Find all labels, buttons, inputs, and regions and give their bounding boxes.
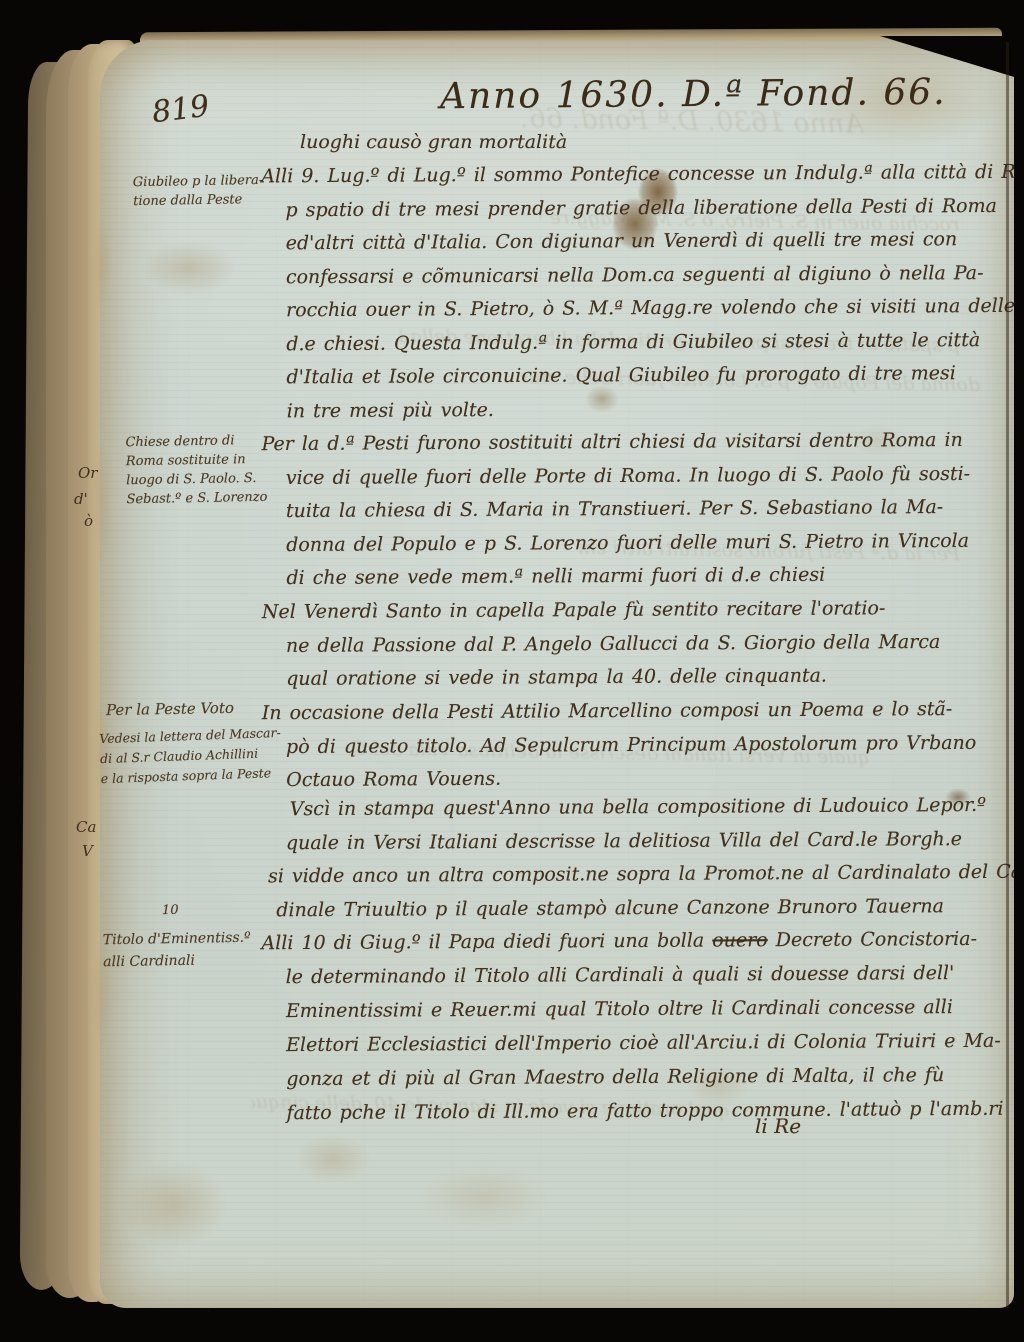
- text-line: tuita la chiesa di S. Maria in Transtiue…: [262, 491, 970, 529]
- text-line: d.e chiesi. Questa Indulg.ª in forma di …: [262, 323, 1024, 361]
- text-line: pò di questo titolo. Ad Sepulcrum Princi…: [262, 726, 976, 764]
- paragraph-giubileo: Alli 9. Lug.º di Lug.º il sommo Pontefic…: [261, 156, 1024, 429]
- text-line: Alli 9. Lug.º di Lug.º il sommo Pontefic…: [261, 156, 1024, 194]
- margin-note-line: alli Cardinali: [103, 949, 251, 974]
- scan-bottom-border: [0, 1312, 1024, 1342]
- text-segment: Decreto Concistoria-: [768, 928, 977, 951]
- text-segment: Alli 10 di Giug.º il Papa diedi fuori un…: [261, 930, 712, 955]
- text-line: Vscì in stampa quest'Anno una bella comp…: [262, 789, 1024, 827]
- margin-note-peste-voto-title: Per la Peste Voto: [106, 699, 234, 720]
- paragraph-titolo-cardinali: Alli 10 di Giug.º il Papa diedi fuori un…: [261, 922, 1003, 1131]
- margin-note-line: Chiese dentro di: [125, 431, 266, 452]
- text-line: ed'altri città d'Italia. Con digiunar un…: [262, 223, 1024, 261]
- margin-note-line: Sebast.º e S. Lorenzo: [126, 488, 267, 509]
- margin-note-line: Titolo d'Eminentiss.º: [103, 927, 251, 952]
- page-edge-stack-1: [20, 62, 79, 1290]
- paragraph-venerdi-santo: Nel Venerdì Santo in capella Papale fù s…: [262, 592, 941, 697]
- edge-fragment: d': [74, 490, 88, 508]
- edge-fragment: V: [82, 842, 93, 860]
- catchword: li Re: [755, 1114, 801, 1138]
- text-line: Eminentissimi e Reuer.mi qual Titolo olt…: [262, 990, 1003, 1029]
- text-line: Per la d.ª Pesti furono sostituiti altri…: [261, 424, 969, 462]
- text-line: confessarsi e cõmunicarsi nella Dom.ca s…: [262, 256, 1024, 294]
- page-gutter-line: [1006, 42, 1009, 1308]
- text-line: donna del Populo e p S. Lorenzo fuori de…: [262, 524, 970, 562]
- text-line: d'Italia et Isole circonuicine. Qual Giu…: [262, 357, 1024, 395]
- text-line: qual oratione si vede in stampa la 40. d…: [262, 659, 940, 697]
- text-line: rocchia ouer in S. Pietro, ò S. M.ª Magg…: [262, 290, 1024, 328]
- text-line: Elettori Ecclesiastici dell'Imperio cioè…: [262, 1024, 1003, 1063]
- text-line: vice di quelle fuori delle Porte di Roma…: [262, 457, 970, 495]
- text-line: in tre mesi più volte.: [263, 390, 1024, 428]
- margin-note-line: tione dalla Peste: [133, 190, 264, 211]
- scan-right-border: [1014, 0, 1024, 1342]
- text-line: le determinando il Titolo alli Cardinali…: [262, 956, 1003, 995]
- margin-note-line: luogo di S. Paolo. S.: [126, 469, 267, 490]
- text-line: quale in Versi Italiani descrisse la del…: [262, 822, 1024, 860]
- margin-note-line: Roma sostituite in: [126, 450, 267, 471]
- edge-fragment: ò: [84, 512, 93, 530]
- margin-note-line: Giubileo p la libera-: [133, 171, 264, 192]
- edge-fragment: Or: [78, 464, 97, 482]
- text-line: si vidde anco un altra composit.ne sopra…: [262, 856, 1024, 894]
- margin-note-titolo: Titolo d'Eminentiss.º alli Cardinali: [103, 927, 252, 974]
- text-line: In occasione della Pesti Attilio Marcell…: [262, 693, 976, 731]
- margin-note-peste-voto: Vedesi la lettera del Mascar- di al S.r …: [99, 723, 282, 789]
- page-edge-stack-2: [46, 50, 102, 1298]
- folio-number: 819: [150, 89, 211, 131]
- text-line: ne della Passione dal P. Angelo Gallucci…: [262, 625, 940, 663]
- text-line: Nel Venerdì Santo in capella Papale fù s…: [262, 592, 940, 630]
- text-line: p spatio di tre mesi prender gratie dell…: [261, 189, 1024, 227]
- margin-note-chiese: Chiese dentro di Roma sostituite in luog…: [125, 431, 267, 509]
- paragraph-lepori: Vscì in stampa quest'Anno una bella comp…: [262, 789, 1024, 928]
- text-line: fatto pche il Titolo di Ill.mo era fatto…: [262, 1092, 1003, 1131]
- struck-word: ouero: [712, 929, 768, 951]
- paragraph-chiese: Per la d.ª Pesti furono sostituiti altri…: [261, 424, 970, 596]
- text-line: gonza et di più al Gran Maestro della Re…: [262, 1058, 1003, 1097]
- text-line: Alli 10 di Giug.º il Papa diedi fuori un…: [261, 922, 1002, 961]
- page-title: Anno 1630. D.ª Fond. 66.: [440, 72, 947, 117]
- margin-note-titolo-super: 10: [162, 901, 179, 920]
- paragraph-poema: In occasione della Pesti Attilio Marcell…: [262, 693, 977, 798]
- manuscript-scan: Anno 1630. D.ª Fond. 66. p spatio di tre…: [0, 0, 1024, 1342]
- margin-note-giubileo: Giubileo p la libera- tione dalla Peste: [133, 171, 264, 211]
- edge-fragment: Ca: [76, 818, 96, 836]
- continuation-line: luoghi causò gran mortalità: [300, 131, 567, 153]
- text-line: di che sene vede mem.ª nelli marmi fuori…: [262, 558, 970, 596]
